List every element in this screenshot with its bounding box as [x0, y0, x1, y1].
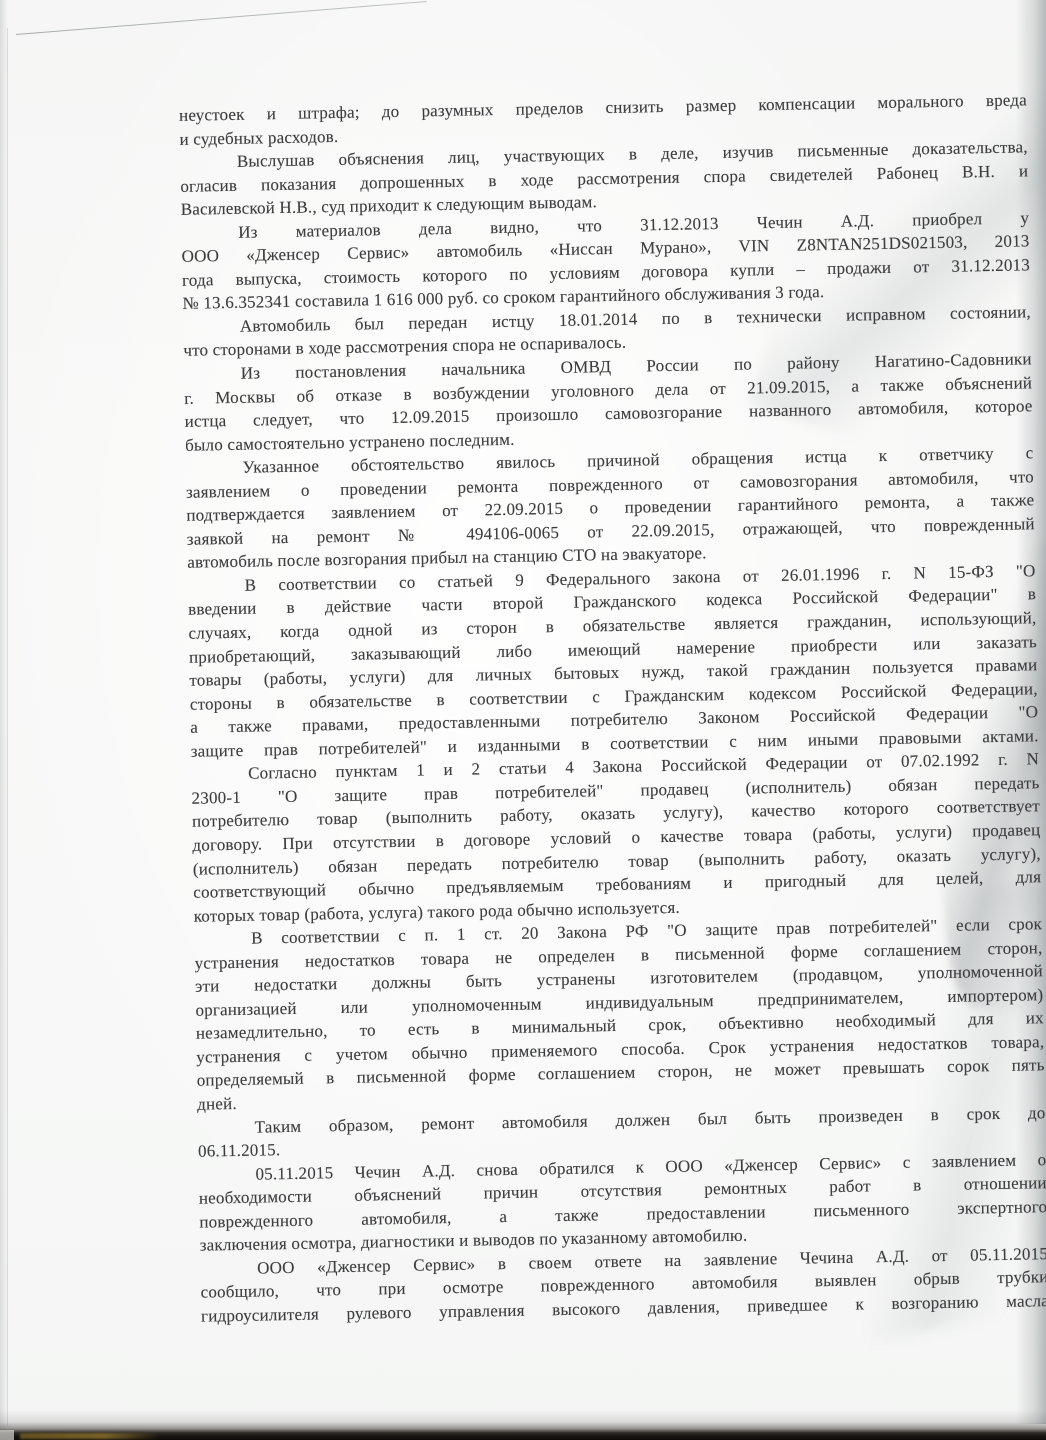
paragraph: Из постановления начальника ОМВД России … — [184, 347, 1034, 457]
paragraph: В соответствии со статьей 9 Федерального… — [187, 559, 1038, 763]
paragraph: В соответствии с п. 1 ст. 20 Закона РФ "… — [194, 912, 1045, 1116]
scanner-left-edge-line — [7, 28, 8, 1426]
paragraph: Из материалов дела видно, что 31.12.2013… — [181, 206, 1031, 316]
page-top-edge-line — [16, 1, 427, 35]
scanner-bottom-stain — [20, 1433, 160, 1439]
paragraph: 05.11.2015 Чечин А.Д. снова обратился к … — [198, 1148, 1046, 1258]
document-text-block: неустоек и штрафа; до разумных пределов … — [179, 88, 1046, 1328]
paragraph: Согласно пунктам 1 и 2 статьи 4 Закона Р… — [191, 748, 1042, 928]
scanned-document-page: неустоек и штрафа; до разумных пределов … — [0, 0, 1046, 1440]
paragraph: Указанное обстоятельство явилось причино… — [185, 441, 1035, 574]
scanner-bottom-left-gap — [0, 1430, 14, 1440]
